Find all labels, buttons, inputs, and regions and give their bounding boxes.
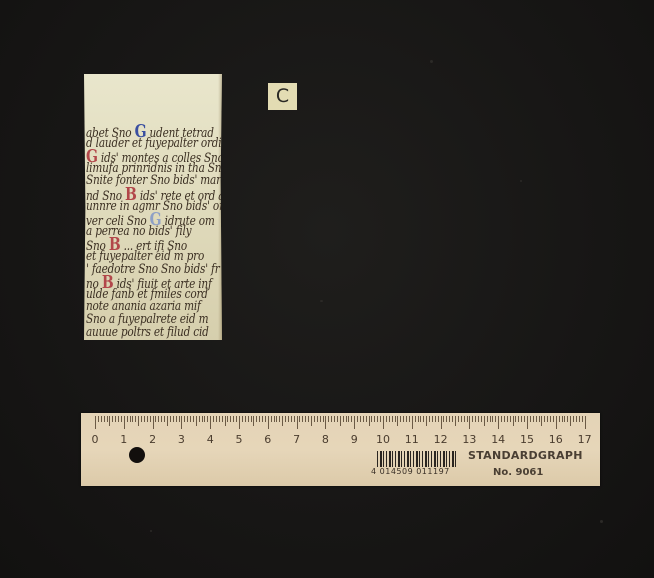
ruler-tick (395, 416, 396, 422)
ruler-brand: STANDARDGRAPH (468, 449, 583, 462)
ruler-tick (570, 416, 571, 426)
ruler-tick (530, 416, 531, 422)
ruler-tick (374, 416, 375, 422)
ruler-tick (369, 416, 370, 426)
ruler-tick (498, 416, 499, 429)
ruler-tick (135, 416, 136, 422)
ruler-tick (274, 416, 275, 422)
ruler-tick (467, 416, 468, 422)
ruler-tick (533, 416, 534, 422)
ruler-tick (265, 416, 266, 422)
ruler-tick (213, 416, 214, 422)
ruler-tick (343, 416, 344, 422)
ruler-tick (366, 416, 367, 422)
ruler-tick (323, 416, 324, 422)
ruler-tick (553, 416, 554, 422)
ruler-tick (294, 416, 295, 422)
ruler-number: 17 (578, 433, 592, 446)
ruler-tick (233, 416, 234, 422)
ruler-tick (371, 416, 372, 422)
ruler-number: 4 (207, 433, 214, 446)
ruler-tick (380, 416, 381, 422)
ruler-tick (95, 416, 96, 429)
ruler-tick (150, 416, 151, 422)
ruler-tick (262, 416, 263, 422)
ruler-tick (256, 416, 257, 422)
ruler-tick (147, 416, 148, 422)
ruler-tick (438, 416, 439, 422)
ruler-tick (176, 416, 177, 422)
ruler-tick (144, 416, 145, 422)
ruler-tick (389, 416, 390, 422)
ruler-number: 9 (351, 433, 358, 446)
ruler-number: 13 (462, 433, 476, 446)
ruler-tick (334, 416, 335, 422)
ruler-tick (230, 416, 231, 422)
ruler-tick (222, 416, 223, 422)
ruler-tick (490, 416, 491, 422)
ruler-tick (469, 416, 470, 429)
ruler-tick (481, 416, 482, 422)
ruler-tick (219, 416, 220, 422)
ruler-tick (124, 416, 125, 429)
ruler-tick (501, 416, 502, 422)
ruler-tick (236, 416, 237, 422)
ruler-tick (297, 416, 298, 429)
ruler-tick (285, 416, 286, 422)
ruler-number: 8 (322, 433, 329, 446)
ruler-tick (455, 416, 456, 426)
ruler-number: 16 (549, 433, 563, 446)
ruler-tick (320, 416, 321, 422)
ruler-tick (515, 416, 516, 422)
ruler-number: 0 (92, 433, 99, 446)
ruler-tick (579, 416, 580, 422)
ruler-tick (429, 416, 430, 422)
ruler-tick (363, 416, 364, 422)
ruler-tick (423, 416, 424, 422)
ruler-tick (346, 416, 347, 422)
ruler-tick (190, 416, 191, 422)
fragment-label-card: C (268, 83, 297, 110)
ruler-tick (184, 416, 185, 422)
ruler-model: No. 9061 (493, 467, 543, 478)
ruler-tick (305, 416, 306, 422)
felt-speck (150, 530, 152, 532)
ruler-number: 3 (178, 433, 185, 446)
ruler-number: 5 (236, 433, 243, 446)
ruler-tick (452, 416, 453, 422)
ruler-tick (130, 416, 131, 422)
ruler-tick (299, 416, 300, 422)
ruler-number: 14 (491, 433, 505, 446)
ruler-number: 12 (434, 433, 448, 446)
ruler-number: 10 (376, 433, 390, 446)
ruler-tick (239, 416, 240, 429)
manuscript-fragment: abet Sno G udent tetradd lauder et fuyep… (84, 74, 222, 340)
ruler-tick (276, 416, 277, 422)
ruler-tick (170, 416, 171, 422)
scale-ruler: 4 014509 011197 STANDARDGRAPH No. 9061 0… (81, 413, 600, 486)
ruler-tick (225, 416, 226, 426)
ruler-tick (432, 416, 433, 422)
ruler-tick (400, 416, 401, 422)
ruler-tick (328, 416, 329, 422)
ruler-tick (403, 416, 404, 422)
ruler-tick (475, 416, 476, 422)
ruler-tick (158, 416, 159, 422)
ruler-tick (492, 416, 493, 422)
ruler-tick (153, 416, 154, 429)
felt-speck (600, 520, 603, 523)
ruler-tick (207, 416, 208, 422)
ruler-tick (524, 416, 525, 422)
ruler-tick (245, 416, 246, 422)
ruler-tick (418, 416, 419, 422)
ruler-tick (112, 416, 113, 422)
ruler-tick (288, 416, 289, 422)
ruler-tick (544, 416, 545, 422)
ruler-tick (412, 416, 413, 429)
ruler-number: 7 (293, 433, 300, 446)
ruler-tick (443, 416, 444, 422)
ruler-tick (484, 416, 485, 426)
ruler-tick (302, 416, 303, 422)
ruler-tick (461, 416, 462, 422)
ruler-tick (464, 416, 465, 422)
ruler-tick (521, 416, 522, 422)
ruler-tick (340, 416, 341, 426)
ruler-tick (392, 416, 393, 422)
ruler-tick (550, 416, 551, 422)
ruler-tick (397, 416, 398, 426)
ruler-tick (348, 416, 349, 422)
ruler-tick (547, 416, 548, 422)
ruler-tick (409, 416, 410, 422)
ruler-tick (173, 416, 174, 422)
ruler-tick (138, 416, 139, 426)
ruler-tick (259, 416, 260, 422)
ruler-tick (271, 416, 272, 422)
ruler-tick (181, 416, 182, 429)
ruler-tick (227, 416, 228, 422)
line-text: auuue poltrs et filud cid (86, 324, 209, 339)
ruler-tick (127, 416, 128, 422)
ruler-tick (446, 416, 447, 422)
barcode-number: 4 014509 011197 (371, 467, 450, 476)
ruler-tick (441, 416, 442, 429)
felt-speck (430, 60, 433, 63)
ruler-tick (357, 416, 358, 422)
ruler-tick (556, 416, 557, 429)
ruler-tick (101, 416, 102, 422)
ruler-tick (199, 416, 200, 422)
ruler-tick (573, 416, 574, 422)
ruler-tick (449, 416, 450, 422)
ruler-tick (317, 416, 318, 422)
ruler-tick (325, 416, 326, 429)
ruler-tick (216, 416, 217, 422)
ruler-tick (513, 416, 514, 426)
ruler-tick (510, 416, 511, 422)
ruler-tick (536, 416, 537, 422)
ruler-tick (161, 416, 162, 422)
ruler-number: 2 (149, 433, 156, 446)
ruler-tick (383, 416, 384, 429)
ruler-tick (527, 416, 528, 429)
ruler-tick (202, 416, 203, 422)
ruler-tick (179, 416, 180, 422)
ruler-tick (141, 416, 142, 422)
felt-speck (520, 180, 522, 182)
ruler-tick (585, 416, 586, 429)
ruler-tick (210, 416, 211, 429)
ruler-number: 11 (405, 433, 419, 446)
ruler-tick (251, 416, 252, 422)
ruler-tick (472, 416, 473, 422)
ruler-tick (118, 416, 119, 422)
ruler-number: 1 (120, 433, 127, 446)
ruler-tick (487, 416, 488, 422)
ruler-tick (196, 416, 197, 426)
ruler-tick (253, 416, 254, 426)
ruler-tick (248, 416, 249, 422)
ruler-tick (268, 416, 269, 429)
ruler-tick (539, 416, 540, 422)
ruler-tick (377, 416, 378, 422)
ruler-tick (279, 416, 280, 422)
ruler-tick (193, 416, 194, 422)
ruler-tick (582, 416, 583, 422)
ruler-tick (109, 416, 110, 426)
ruler-tick (354, 416, 355, 429)
ruler-tick (435, 416, 436, 422)
ruler-tick (291, 416, 292, 422)
ruler-tick (360, 416, 361, 422)
ruler-tick (282, 416, 283, 426)
ruler-tick (115, 416, 116, 422)
ruler-tick (541, 416, 542, 426)
ruler-tick (504, 416, 505, 422)
ruler-number: 6 (264, 433, 271, 446)
ruler-tick (107, 416, 108, 422)
ruler-tick (518, 416, 519, 422)
ruler-tick (187, 416, 188, 422)
ruler-tick (562, 416, 563, 422)
ruler-number: 15 (520, 433, 534, 446)
ruler-tick (495, 416, 496, 422)
ruler-tick (478, 416, 479, 422)
ruler-tick (132, 416, 133, 422)
ruler-tick (98, 416, 99, 422)
ruler-tick (567, 416, 568, 422)
ruler-hole (129, 447, 145, 463)
ruler-tick (386, 416, 387, 422)
ruler-tick (155, 416, 156, 422)
ruler-tick (164, 416, 165, 422)
ruler-tick (308, 416, 309, 422)
ruler-tick (104, 416, 105, 422)
ruler-tick (337, 416, 338, 422)
ruler-tick (564, 416, 565, 422)
manuscript-line: auuue poltrs et filud cid (86, 324, 209, 339)
ruler-tick (426, 416, 427, 426)
ruler-tick (415, 416, 416, 422)
ruler-tick (458, 416, 459, 422)
ruler-tick (559, 416, 560, 422)
ruler-tick (121, 416, 122, 422)
ruler-tick (576, 416, 577, 422)
ruler-tick (314, 416, 315, 422)
ruler-tick (420, 416, 421, 422)
ruler-tick (406, 416, 407, 422)
ruler-tick (167, 416, 168, 426)
felt-speck (320, 300, 323, 302)
ruler-tick (507, 416, 508, 422)
ruler-tick (351, 416, 352, 422)
ruler-tick (311, 416, 312, 426)
ruler-tick (242, 416, 243, 422)
ruler-tick (204, 416, 205, 422)
ruler-tick (331, 416, 332, 422)
barcode (377, 451, 457, 467)
